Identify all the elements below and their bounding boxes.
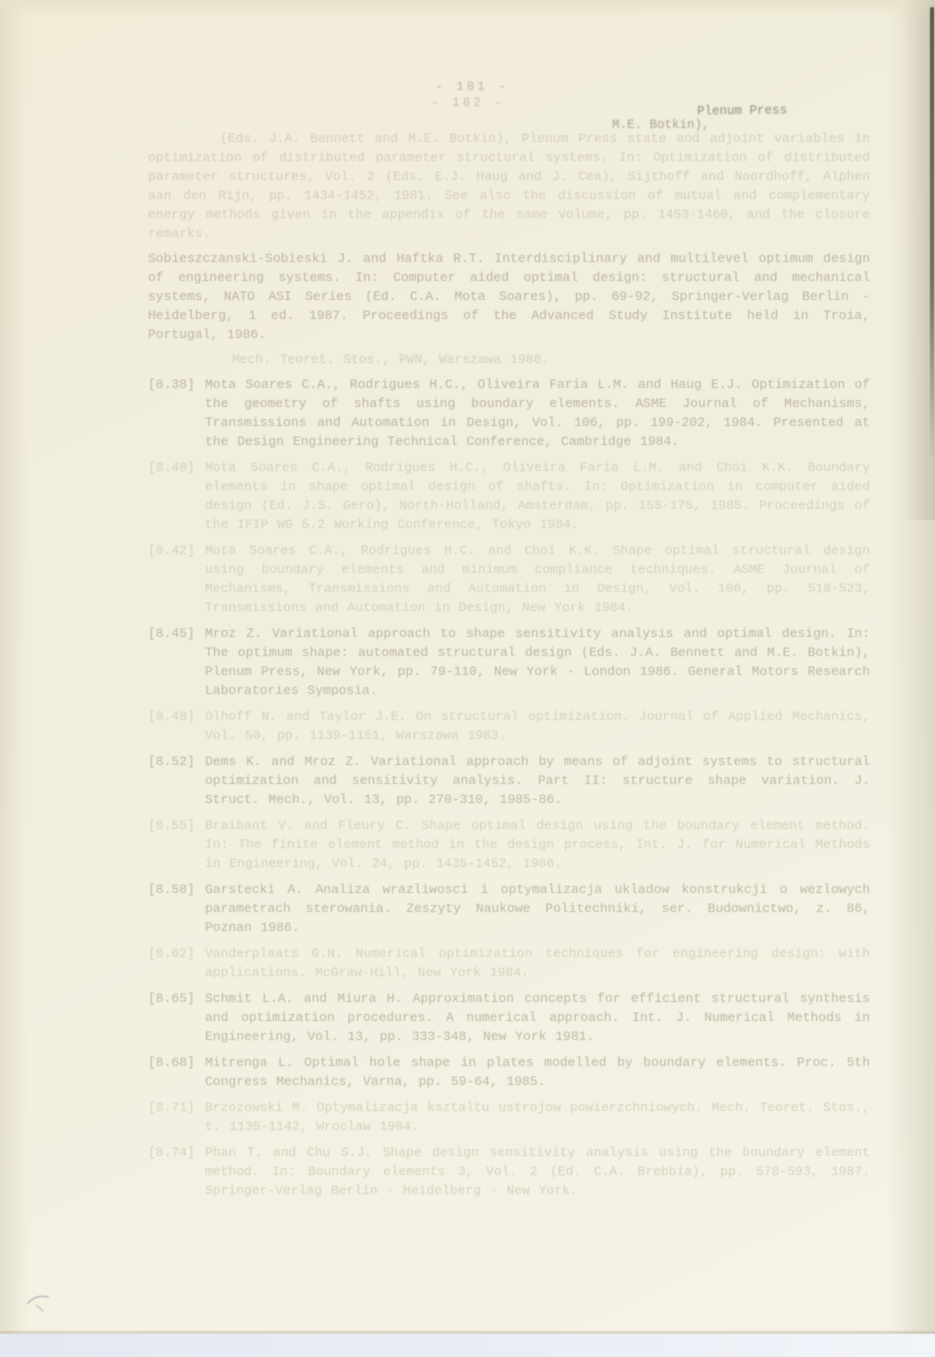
reference-label: [8.55] (148, 816, 195, 835)
reference-label: [8.68] (148, 1053, 195, 1072)
reference-label: [8.38] (148, 375, 195, 394)
reference-label: [8.62] (148, 944, 195, 963)
reference-entry: [8.65]Schmit L.A. and Miura H. Approxima… (148, 989, 870, 1046)
reference-entry: [8.71]Brzozowski M. Optymalizacja ksztal… (148, 1098, 870, 1136)
ghost-paragraph: Mech. Teoret. Stos., PWN, Warszawa 1986. (148, 350, 870, 369)
page-number-ghost-upper: - 181 - (392, 80, 552, 94)
reference-text: Dems K. and Mroz Z. Variational approach… (205, 754, 870, 807)
reference-text: Mota Soares C.A., Rodrigues H.C., Olivei… (205, 377, 870, 449)
reference-label: [8.45] (148, 624, 195, 643)
scanner-bed-strip (0, 1334, 935, 1357)
reference-text: Mroz Z. Variational approach to shape se… (205, 626, 870, 698)
reference-text: Garstecki A. Analiza wrazliwosci i optym… (205, 882, 870, 935)
ghost-paragraph: Sobieszczanski-Sobieski J. and Haftka R.… (148, 249, 870, 344)
reference-entry: [8.42]Mota Soares C.A., Rodrigues H.C. a… (148, 541, 870, 617)
reference-text: Braibant V. and Fleury C. Shape optimal … (205, 818, 870, 871)
scan-shading (895, 0, 935, 520)
reference-text: Mota Soares C.A., Rodrigues H.C. and Cho… (205, 543, 870, 615)
reference-entry: [8.74]Phan T. and Chu S.J. Shape design … (148, 1143, 870, 1200)
reference-text: Mota Soares C.A., Rodrigues H.C., Olivei… (205, 460, 870, 532)
reference-entry: [8.38]Mota Soares C.A., Rodrigues H.C., … (148, 375, 870, 451)
reference-text: Vanderplaats G.N. Numerical optimization… (205, 946, 870, 980)
reference-text: Phan T. and Chu S.J. Shape design sensit… (205, 1145, 870, 1198)
page-number-ghost-lower: - 182 - (388, 96, 548, 110)
ink-smudge-upper: Plenum Press (697, 104, 787, 119)
paper-sheet: - 181 - - 182 - Plenum Press M.E. Botkin… (0, 0, 935, 1334)
reference-entry: [8.62]Vanderplaats G.N. Numerical optimi… (148, 944, 870, 982)
reference-label: [8.58] (148, 880, 195, 899)
reference-label: [8.40] (148, 458, 195, 477)
scanned-page: - 181 - - 182 - Plenum Press M.E. Botkin… (0, 0, 935, 1357)
reference-entry: [8.55]Braibant V. and Fleury C. Shape op… (148, 816, 870, 873)
ghost-paragraph: (Eds. J.A. Bennett and M.E. Botkin), Ple… (148, 129, 870, 243)
reference-text: Olhoff N. and Taylor J.E. On structural … (205, 709, 870, 743)
reference-label: [8.42] (148, 541, 195, 560)
ghost-paragraphs: (Eds. J.A. Bennett and M.E. Botkin), Ple… (148, 129, 870, 369)
reference-label: [8.48] (148, 707, 195, 726)
reference-label: [8.74] (148, 1143, 195, 1162)
reference-text: Mitrenga L. Optimal hole shape in plates… (205, 1055, 870, 1089)
reference-text: Brzozowski M. Optymalizacja ksztaltu ust… (205, 1100, 870, 1134)
page-edge-shadow (930, 7, 934, 462)
reference-list: [8.38]Mota Soares C.A., Rodrigues H.C., … (148, 375, 870, 1200)
reference-entry: [8.58]Garstecki A. Analiza wrazliwosci i… (148, 880, 870, 937)
reference-text: Schmit L.A. and Miura H. Approximation c… (205, 991, 870, 1044)
reference-entry: [8.40]Mota Soares C.A., Rodrigues H.C., … (148, 458, 870, 534)
reference-label: [8.65] (148, 989, 195, 1008)
reference-entry: [8.52]Dems K. and Mroz Z. Variational ap… (148, 752, 870, 809)
reference-label: [8.71] (148, 1098, 195, 1117)
reference-entry: [8.68]Mitrenga L. Optimal hole shape in … (148, 1053, 870, 1091)
reference-entry: [8.48]Olhoff N. and Taylor J.E. On struc… (148, 707, 870, 745)
pencil-mark (24, 1288, 54, 1318)
reference-label: [8.52] (148, 752, 195, 771)
text-column: (Eds. J.A. Bennett and M.E. Botkin), Ple… (148, 129, 870, 1207)
reference-entry: [8.45]Mroz Z. Variational approach to sh… (148, 624, 870, 700)
